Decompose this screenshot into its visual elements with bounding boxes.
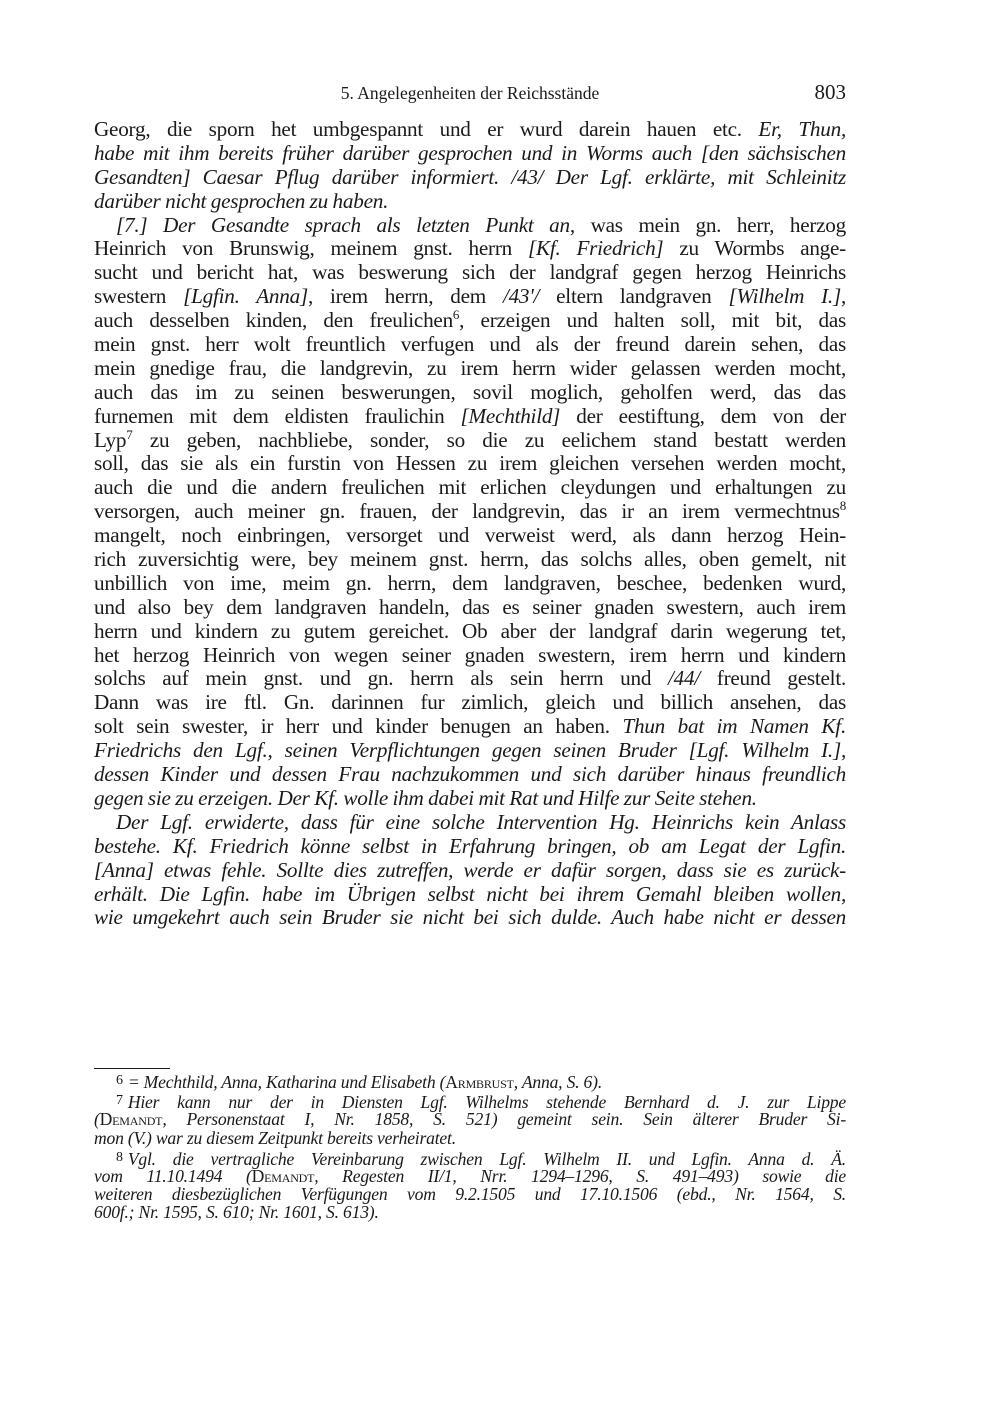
- main-text: Georg, die sporn het umbgespannt und er …: [94, 118, 846, 930]
- text-line: het herzog Heinrich von wegen seiner gna…: [94, 644, 846, 668]
- text-line: mein gnedige frau, die landgrevin, zu ir…: [94, 357, 846, 381]
- text-line: 6= Mechthild, Anna, Katharina und Elisab…: [94, 1072, 846, 1090]
- text-line: habe mit ihm bereits früher darüber gesp…: [94, 142, 846, 166]
- author-name: Demandt: [252, 1166, 315, 1186]
- text-line: [Anna] etwas fehle. Sollte dies zutreffe…: [94, 859, 846, 883]
- text-line: Georg, die sporn het umbgespannt und er …: [94, 118, 846, 142]
- text-line: sucht und bericht hat, was beswerung sic…: [94, 261, 846, 285]
- text-line: erhält. Die Lgfin. habe im Übrigen selbs…: [94, 883, 846, 907]
- text-line: swestern [Lgfin. Anna], irem herrn, dem …: [94, 285, 846, 309]
- footnotes: 6= Mechthild, Anna, Katharina und Elisab…: [94, 1072, 846, 1224]
- footnote-separator: [94, 1068, 170, 1069]
- text-line: mein gnst. herr wolt freuntlich verfugen…: [94, 333, 846, 357]
- text-line: Der Lgf. erwiderte, dass für eine solche…: [94, 811, 846, 835]
- text-line: bestehe. Kf. Friedrich könne selbst in E…: [94, 835, 846, 859]
- text-line: (Demandt, Personenstaat I, Nr. 1858, S. …: [94, 1110, 846, 1128]
- author-name: Armbrust: [445, 1072, 513, 1092]
- paragraph: [7.] Der Gesandte sprach als letzten Pun…: [94, 214, 846, 811]
- text-line: Lyp7 zu geben, nachbliebe, sonder, so di…: [94, 429, 846, 453]
- text-line: [7.] Der Gesandte sprach als letzten Pun…: [94, 214, 846, 238]
- text-line: mon (V.) war zu diesem Zeitpunkt bereits…: [94, 1129, 846, 1147]
- text-line: wie umgekehrt auch sein Bruder sie nicht…: [94, 906, 846, 930]
- author-name: Demandt: [100, 1109, 163, 1129]
- text-line: solt sein swester, ir herr und kinder be…: [94, 715, 846, 739]
- page-number: 803: [815, 80, 847, 105]
- text-line: Dann was ire ftl. Gn. darinnen fur zimli…: [94, 691, 846, 715]
- text-line: darüber nicht gesprochen zu haben.: [94, 190, 846, 214]
- text-line: und also bey dem landgraven handeln, das…: [94, 596, 846, 620]
- text-line: unbillich von ime, meim gn. herrn, dem l…: [94, 572, 846, 596]
- text-line: vom 11.10.1494 (Demandt, Regesten II/1, …: [94, 1167, 846, 1185]
- text-line: Friedrichs den Lgf., seinen Verpflichtun…: [94, 739, 846, 763]
- text-line: soll, das sie als ein furstin von Hessen…: [94, 452, 846, 476]
- footnote-ref[interactable]: 8: [840, 498, 846, 513]
- page-header: 5. Angelegenheiten der Reichsstände 803: [94, 80, 846, 108]
- text-line: herrn und kindern zu gutem gereichet. Ob…: [94, 620, 846, 644]
- paragraph: Georg, die sporn het umbgespannt und er …: [94, 118, 846, 214]
- text-line: auch die und die andern freulichen mit e…: [94, 476, 846, 500]
- text-line: gegen sie zu erzeigen. Der Kf. wolle ihm…: [94, 787, 846, 811]
- running-title: 5. Angelegenheiten der Reichsstände: [94, 83, 846, 104]
- text-line: mangelt, noch einbringen, versorget und …: [94, 524, 846, 548]
- text-line: 7Hier kann nur der in Diensten Lgf. Wilh…: [94, 1092, 846, 1110]
- text-line: rich zuversichtig were, bey meinem gnst.…: [94, 548, 846, 572]
- text-line: Gesandten] Caesar Pflug darüber informie…: [94, 166, 846, 190]
- paragraph: Der Lgf. erwiderte, dass für eine solche…: [94, 811, 846, 930]
- text-line: furnemen mit dem eldisten fraulichin [Me…: [94, 405, 846, 429]
- footnote-number: 8: [116, 1150, 123, 1165]
- text-line: auch das im zu seinen beswerungen, sovil…: [94, 381, 846, 405]
- footnote-6: 6= Mechthild, Anna, Katharina und Elisab…: [94, 1072, 846, 1090]
- text-line: weiteren diesbezüglichen Verfügungen vom…: [94, 1185, 846, 1203]
- text-line: auch desselben kinden, den freulichen6, …: [94, 309, 846, 333]
- footnote-7: 7Hier kann nur der in Diensten Lgf. Wilh…: [94, 1092, 846, 1147]
- footnote-number: 6: [116, 1073, 123, 1088]
- text-line: solchs auf mein gnst. und gn. herrn als …: [94, 667, 846, 691]
- text-line: 600f.; Nr. 1595, S. 610; Nr. 1601, S. 61…: [94, 1203, 846, 1221]
- text-line: Heinrich von Brunswig, meinem gnst. herr…: [94, 237, 846, 261]
- text-line: dessen Kinder und dessen Frau nachzukomm…: [94, 763, 846, 787]
- footnote-number: 7: [116, 1093, 123, 1108]
- text-line: versorgen, auch meiner gn. frauen, der l…: [94, 500, 846, 524]
- footnote-8: 8Vgl. die vertragliche Vereinbarung zwis…: [94, 1149, 846, 1222]
- text-line: 8Vgl. die vertragliche Vereinbarung zwis…: [94, 1149, 846, 1167]
